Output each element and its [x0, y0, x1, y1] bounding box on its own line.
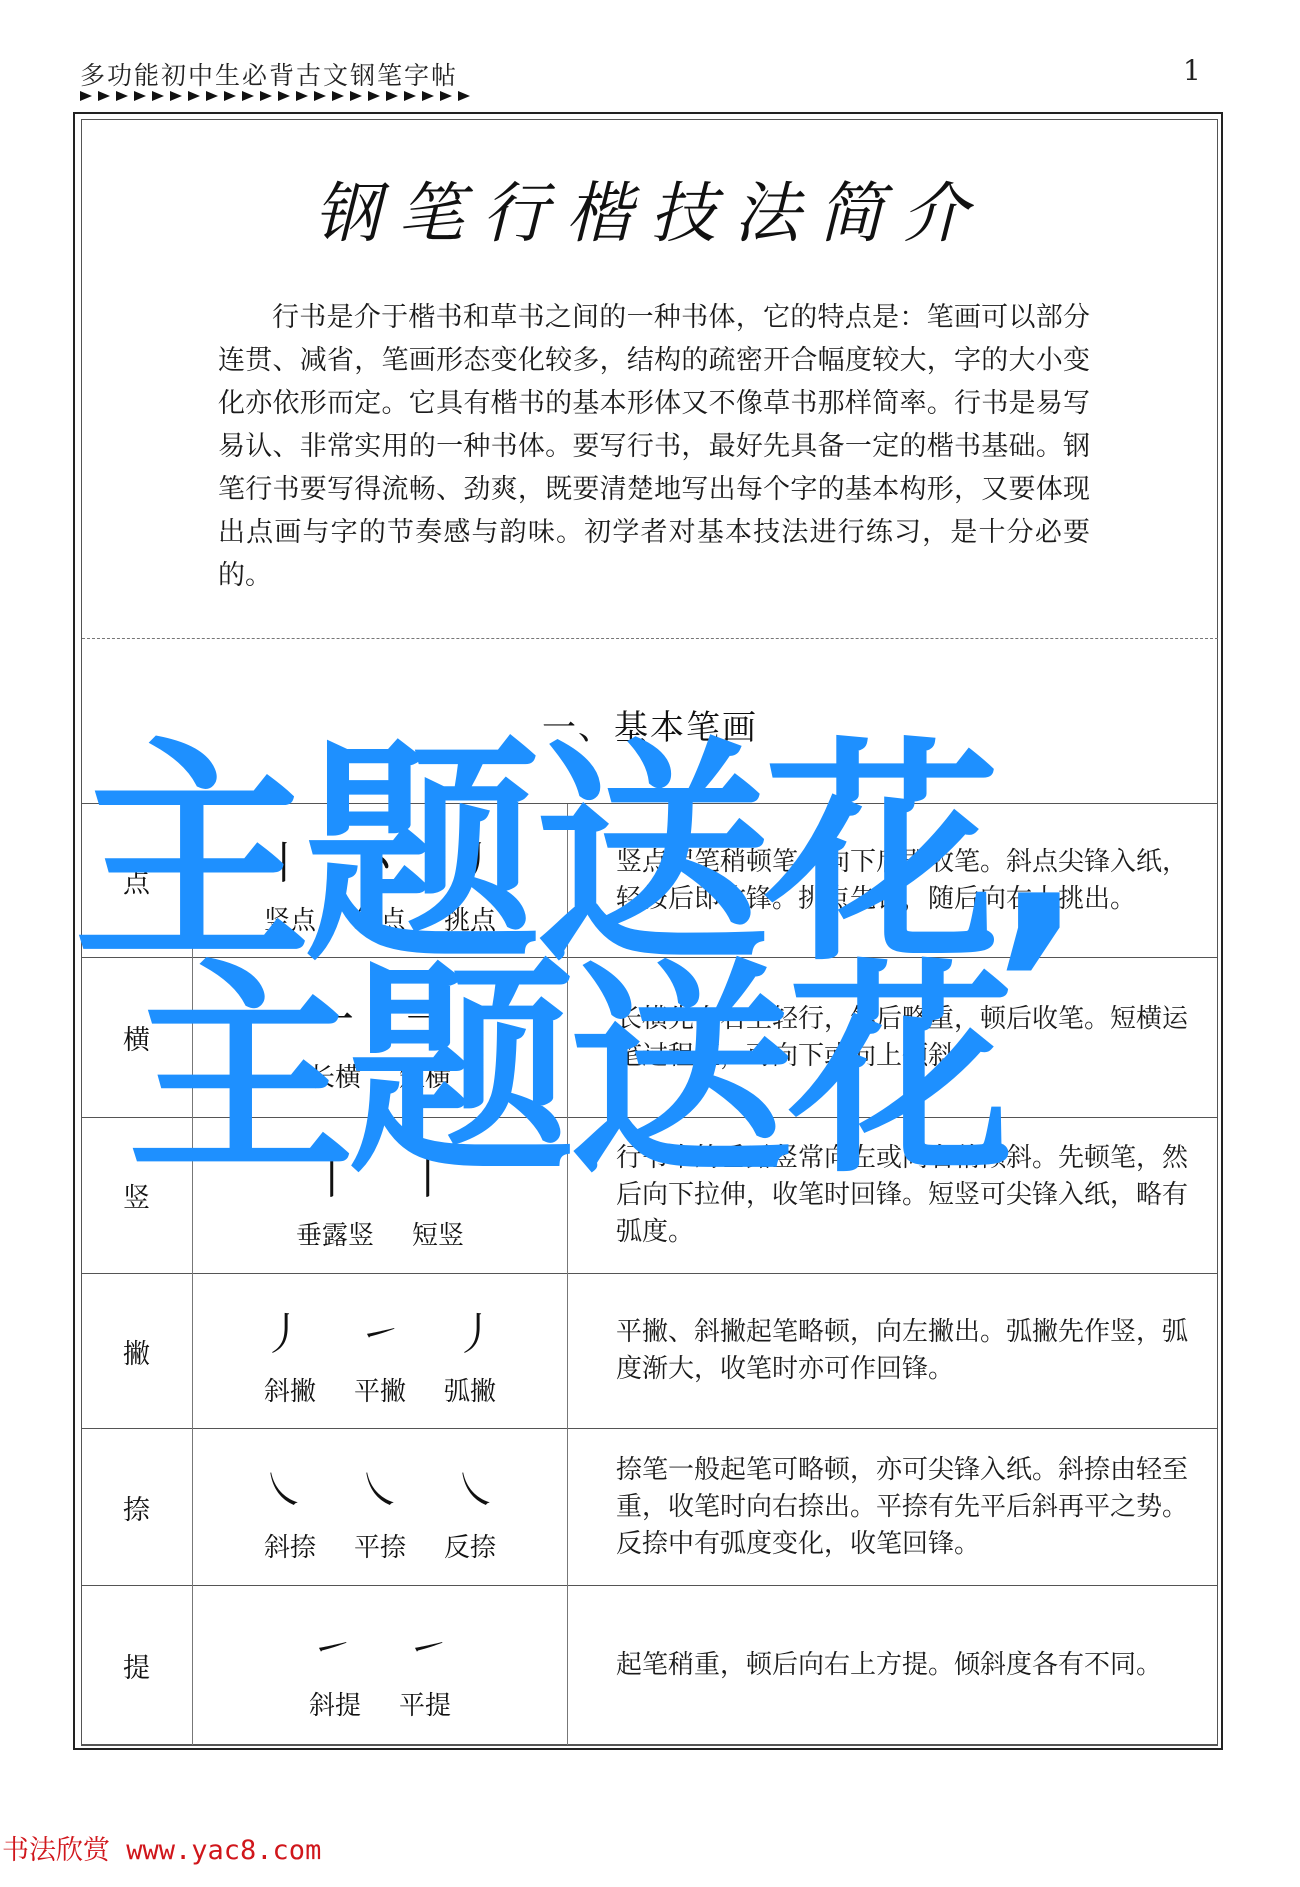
section-divider — [82, 638, 1218, 639]
stroke-name: 捺 — [81, 1429, 193, 1586]
stroke-glyphs: ㇏㇏㇏ — [193, 1451, 567, 1521]
stroke-variant-label: 斜撇 — [264, 1371, 316, 1408]
page-title: 钢笔行楷技法简介 — [0, 160, 1300, 255]
chevron-right-icon — [278, 91, 290, 101]
page-number: 1 — [1183, 54, 1201, 87]
stroke-variant-labels: 斜撇平撇弧撇 — [193, 1371, 567, 1408]
chevron-right-icon — [458, 91, 470, 101]
chevron-right-icon — [98, 91, 110, 101]
stroke-demo: ㇏㇏㇏斜捺平捺反捺 — [193, 1429, 568, 1586]
footer-source-link[interactable]: 书法欣赏 www.yac8.com — [2, 1828, 321, 1867]
stroke-variant-label: 斜提 — [309, 1685, 361, 1722]
stroke-glyph-icon: ㇏ — [454, 1454, 498, 1518]
chevron-right-icon — [350, 91, 362, 101]
chevron-right-icon — [152, 91, 164, 101]
chevron-right-icon — [440, 91, 452, 101]
chevron-right-icon — [188, 91, 200, 101]
stroke-glyphs: 丿㇀丿 — [193, 1295, 567, 1365]
stroke-glyph-icon: ㇏ — [358, 1454, 402, 1518]
stroke-variant-labels: 斜捺平捺反捺 — [193, 1527, 567, 1564]
arrow-decoration-strip — [80, 91, 475, 101]
stroke-row: 捺㇏㇏㇏斜捺平捺反捺捺笔一般起笔可略顿，亦可尖锋入纸。斜捺由轻至重，收笔时向右捺… — [81, 1429, 1218, 1586]
stroke-glyph-icon: ㇏ — [262, 1454, 306, 1518]
stroke-glyph-icon: ㇀ — [406, 1612, 450, 1676]
chevron-right-icon — [296, 91, 308, 101]
stroke-variant-label: 短竖 — [412, 1215, 464, 1252]
chevron-right-icon — [206, 91, 218, 101]
stroke-description: 起笔稍重，顿后向右上方提。倾斜度各有不同。 — [568, 1586, 1219, 1746]
chevron-right-icon — [170, 91, 182, 101]
stroke-demo: 丿㇀丿斜撇平撇弧撇 — [193, 1274, 568, 1429]
intro-section: 行书是介于楷书和草书之间的一种书体，它的特点是：笔画可以部分连贯、减省，笔画形态… — [218, 296, 1090, 597]
stroke-description: 捺笔一般起笔可略顿，亦可尖锋入纸。斜捺由轻至重，收笔时向右捺出。平捺有先平后斜再… — [568, 1429, 1219, 1586]
chevron-right-icon — [134, 91, 146, 101]
chevron-right-icon — [116, 91, 128, 101]
chevron-right-icon — [404, 91, 416, 101]
stroke-glyph-icon: ㇀ — [358, 1298, 402, 1362]
stroke-demo: ㇀㇀斜提平提 — [193, 1586, 568, 1746]
book-title: 多功能初中生必背古文钢笔字帖 — [80, 56, 458, 92]
stroke-row: 提㇀㇀斜提平提起笔稍重，顿后向右上方提。倾斜度各有不同。 — [81, 1586, 1218, 1746]
chevron-right-icon — [332, 91, 344, 101]
stroke-variant-label: 平提 — [399, 1685, 451, 1722]
chevron-right-icon — [260, 91, 272, 101]
stroke-variant-label: 平捺 — [354, 1527, 406, 1564]
stroke-name: 撇 — [81, 1274, 193, 1429]
stroke-glyphs: ㇀㇀ — [193, 1609, 567, 1679]
stroke-variant-label: 弧撇 — [444, 1371, 496, 1408]
chevron-right-icon — [80, 91, 92, 101]
chevron-right-icon — [314, 91, 326, 101]
stroke-glyph-icon: 丿 — [262, 1298, 306, 1362]
watermark-line-2: 主题送花 — [128, 960, 1008, 1186]
stroke-glyph-icon: 丿 — [454, 1298, 498, 1362]
stroke-glyph-icon: ㇀ — [310, 1612, 354, 1676]
stroke-name: 提 — [81, 1586, 193, 1746]
chevron-right-icon — [368, 91, 380, 101]
watermark-line-1: 主题送花, — [74, 738, 1078, 974]
chevron-right-icon — [242, 91, 254, 101]
stroke-description: 平撇、斜撇起笔略顿，向左撇出。弧撇先作竖，弧度渐大，收笔时亦可作回锋。 — [568, 1274, 1219, 1429]
chevron-right-icon — [422, 91, 434, 101]
stroke-row: 撇丿㇀丿斜撇平撇弧撇平撇、斜撇起笔略顿，向左撇出。弧撇先作竖，弧度渐大，收笔时亦… — [81, 1274, 1218, 1429]
stroke-variant-labels: 斜提平提 — [193, 1685, 567, 1722]
stroke-variant-label: 斜捺 — [264, 1527, 316, 1564]
stroke-variant-label: 垂露竖 — [296, 1215, 374, 1252]
stroke-variant-labels: 垂露竖短竖 — [193, 1215, 567, 1252]
stroke-variant-label: 反捺 — [444, 1527, 496, 1564]
stroke-variant-label: 平撇 — [354, 1371, 406, 1408]
chevron-right-icon — [386, 91, 398, 101]
chevron-right-icon — [224, 91, 236, 101]
intro-paragraph: 行书是介于楷书和草书之间的一种书体，它的特点是：笔画可以部分连贯、减省，笔画形态… — [218, 296, 1090, 597]
